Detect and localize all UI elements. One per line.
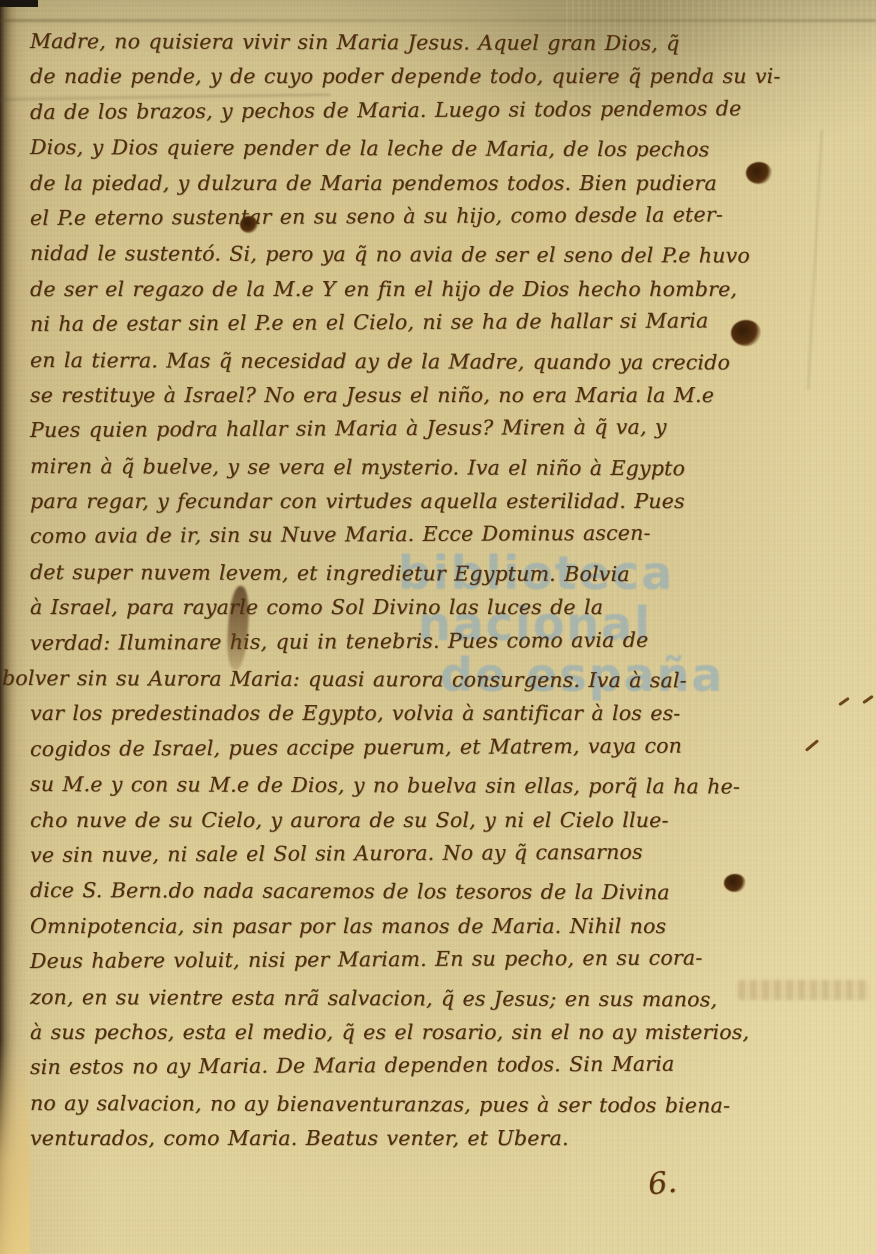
faint-stamp-bleedthrough — [738, 980, 870, 1000]
manuscript-page-scan: biblioteca nacional de españa Madre, no … — [0, 0, 876, 1254]
scan-edge-artifact — [0, 0, 38, 7]
manuscript-line: à Israel, para rayarle como Sol Divino l… — [30, 590, 772, 625]
manuscript-line: sin estos no ay Maria. De Maria dependen… — [30, 1046, 772, 1085]
gutter-fade — [0, 1040, 30, 1254]
margin-pen-mark — [862, 695, 874, 704]
page-number: 6. — [646, 1165, 678, 1203]
horizontal-crease — [0, 19, 876, 22]
manuscript-text-block: Madre, no quisiera vivir sin Maria Jesus… — [30, 24, 772, 1157]
manuscript-line: miren à q̃ buelve, y se vera el mysterio… — [30, 449, 772, 487]
ink-blot — [746, 162, 772, 184]
manuscript-line: de la piedad, y dulzura de Maria pendemo… — [30, 166, 772, 201]
margin-pen-mark — [805, 739, 819, 752]
manuscript-line: da de los brazos, y pechos de Maria. Lue… — [30, 91, 772, 130]
manuscript-line: Omnipotencia, sin pasar por las manos de… — [30, 909, 772, 944]
manuscript-line: Madre, no quisiera vivir sin Maria Jesus… — [30, 24, 772, 62]
manuscript-line: nidad le sustentó. Si, pero ya q̃ no avi… — [30, 236, 772, 274]
manuscript-line: de nadie pende, y de cuyo poder depende … — [30, 59, 772, 94]
vertical-crease — [807, 130, 823, 390]
manuscript-line: ve sin nuve, ni sale el Sol sin Aurora. … — [30, 834, 772, 873]
manuscript-line: en la tierra. Mas q̃ necesidad ay de la … — [30, 343, 772, 381]
manuscript-line: Pues quien podra hallar sin Maria à Jesu… — [30, 409, 772, 448]
manuscript-line: para regar, y fecundar con virtudes aque… — [30, 484, 772, 519]
manuscript-line: como avia de ir, sin su Nuve Maria. Ecce… — [30, 516, 772, 555]
manuscript-line: se restituye à Israel? No era Jesus el n… — [30, 378, 772, 413]
manuscript-line: verdad: Iluminare his, qui in tenebris. … — [30, 622, 772, 661]
margin-pen-mark — [838, 697, 850, 706]
manuscript-line: dice S. Bern.do nada sacaremos de los te… — [30, 873, 772, 911]
manuscript-line: cogidos de Israel, pues accipe puerum, e… — [30, 728, 772, 767]
manuscript-line: venturados, como Maria. Beatus venter, e… — [30, 1121, 772, 1156]
manuscript-line: Dios, y Dios quiere pender de la leche d… — [30, 130, 772, 168]
manuscript-line: su M.e y con su M.e de Dios, y no buelva… — [30, 767, 772, 805]
manuscript-line: à sus pechos, esta el medio, q̃ es el ro… — [30, 1015, 772, 1050]
manuscript-line: cho nuve de su Cielo, y aurora de su Sol… — [30, 803, 772, 838]
ink-blot — [240, 216, 258, 233]
manuscript-line: zon, en su vientre esta nrã salvacion, q… — [30, 980, 772, 1018]
manuscript-line: var los predestinados de Egypto, volvia … — [30, 696, 772, 731]
manuscript-line: de ser el regazo de la M.e Y en fin el h… — [30, 272, 772, 307]
manuscript-line: Deus habere voluit, nisi per Mariam. En … — [30, 940, 772, 979]
manuscript-line: bolver sin su Aurora Maria: quasi aurora… — [30, 661, 772, 699]
manuscript-line: ni ha de estar sin el P.e en el Cielo, n… — [30, 303, 772, 342]
ink-blot — [731, 320, 761, 346]
manuscript-line: el P.e eterno sustentar en su seno à su … — [30, 197, 772, 236]
manuscript-line: no ay salvacion, no ay bienaventuranzas,… — [30, 1086, 772, 1124]
ink-blot — [724, 874, 746, 892]
manuscript-line: det super nuvem levem, et ingredietur Eg… — [30, 555, 772, 593]
